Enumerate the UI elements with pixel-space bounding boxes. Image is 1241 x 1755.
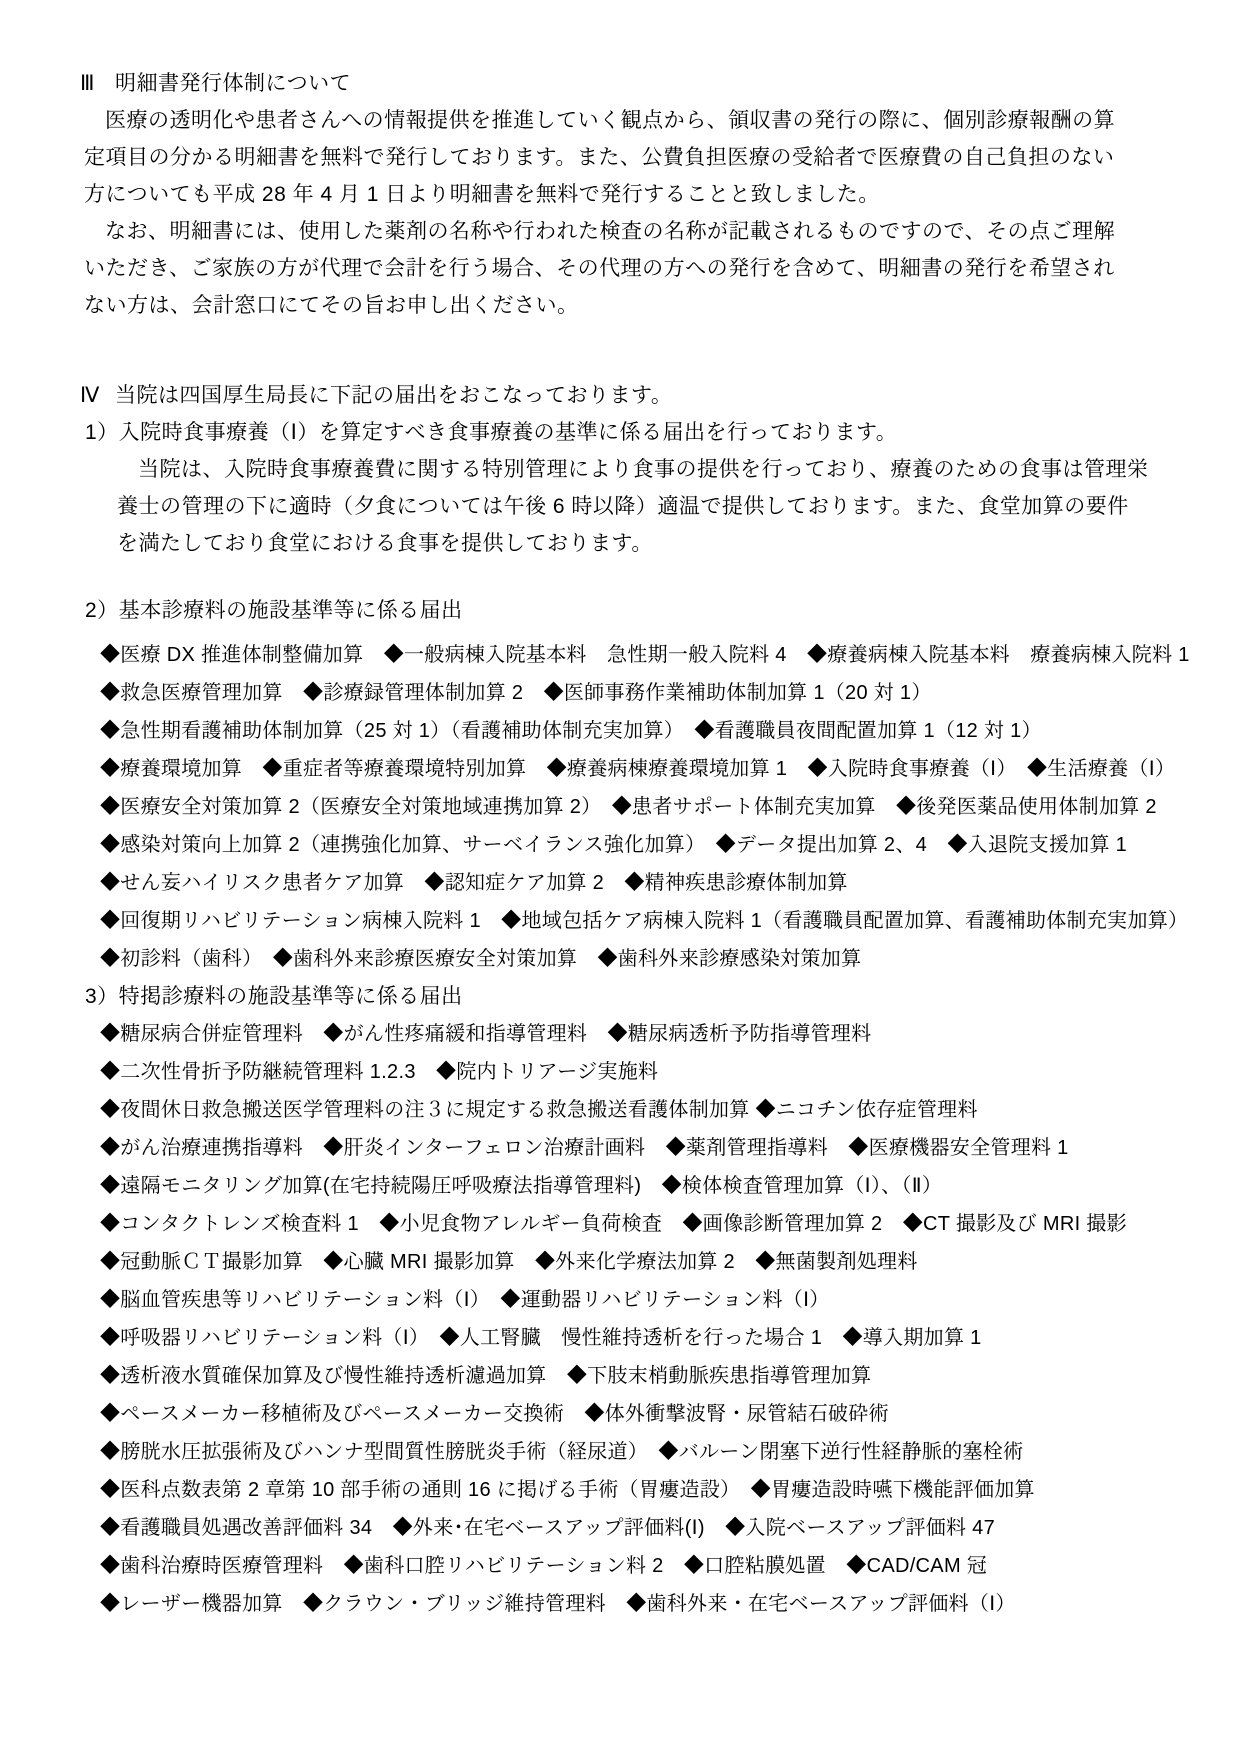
- section4-heading: Ⅳ当院は四国厚生局長に下記の届出をおこなっております。: [0, 377, 1241, 414]
- notification-item: ◆膀胱水圧拡張術及びハンナ型間質性膀胱炎手術（経尿道） ◆バルーン閉塞下逆行性経…: [0, 1433, 1241, 1471]
- section3-numeral: Ⅲ: [80, 65, 115, 102]
- notification-item: ◆遠隔モニタリング加算(在宅持続陽圧呼吸療法指導管理料) ◆検体検査管理加算（Ⅰ…: [0, 1167, 1241, 1205]
- section3-paragraph-line: 方についても平成 28 年 4 月 1 日より明細書を無料で発行することと致しま…: [0, 176, 1241, 213]
- notification-item: ◆透析液水質確保加算及び慢性維持透析濾過加算 ◆下肢末梢動脈疾患指導管理加算: [0, 1357, 1241, 1395]
- section3-paragraph-line: ない方は、会計窓口にてその旨お申し出ください。: [0, 287, 1241, 324]
- notification-item: ◆夜間休日救急搬送医学管理料の注３に規定する救急搬送看護体制加算 ◆ニコチン依存…: [0, 1091, 1241, 1129]
- notification-item: ◆コンタクトレンズ検査料 1 ◆小児食物アレルギー負荷検査 ◆画像診断管理加算 …: [0, 1205, 1241, 1243]
- section3-heading: Ⅲ明細書発行体制について: [0, 65, 1241, 102]
- notification-item: ◆呼吸器リハビリテーション料（Ⅰ） ◆人工腎臓 慢性維持透析を行った場合 1 ◆…: [0, 1319, 1241, 1357]
- subsection1-paragraph-line: 養士の管理の下に適時（夕食については午後 6 時以降）適温で提供しております。ま…: [0, 488, 1241, 525]
- notification-item: ◆救急医療管理加算 ◆診療録管理体制加算 2 ◆医師事務作業補助体制加算 1（2…: [0, 674, 1241, 712]
- notification-item: ◆回復期リハビリテーション病棟入院料 1 ◆地域包括ケア病棟入院料 1（看護職員…: [0, 902, 1241, 940]
- notification-item: ◆看護職員処遇改善評価料 34 ◆外来･在宅ベースアップ評価料(Ⅰ) ◆入院ベー…: [0, 1509, 1241, 1547]
- notification-item: ◆歯科治療時医療管理料 ◆歯科口腔リハビリテーション料 2 ◆口腔粘膜処置 ◆C…: [0, 1547, 1241, 1585]
- notification-item: ◆二次性骨折予防継続管理料 1.2.3 ◆院内トリアージ実施料: [0, 1053, 1241, 1091]
- subsection1-heading: 1）入院時食事療養（Ⅰ）を算定すべき食事療養の基準に係る届出を行っております。: [0, 414, 1241, 451]
- notification-item: ◆冠動脈ＣＴ撮影加算 ◆心臓 MRI 撮影加算 ◆外来化学療法加算 2 ◆無菌製…: [0, 1243, 1241, 1281]
- subsection3-list: ◆糖尿病合併症管理料 ◆がん性疼痛緩和指導管理料 ◆糖尿病透析予防指導管理料 ◆…: [0, 1015, 1241, 1623]
- notification-item: ◆医療安全対策加算 2（医療安全対策地域連携加算 2） ◆患者サポート体制充実加…: [0, 788, 1241, 826]
- notification-item: ◆糖尿病合併症管理料 ◆がん性疼痛緩和指導管理料 ◆糖尿病透析予防指導管理料: [0, 1015, 1241, 1053]
- notification-item: ◆脳血管疾患等リハビリテーション料（Ⅰ） ◆運動器リハビリテーション料（Ⅰ）: [0, 1281, 1241, 1319]
- section3-paragraph-line: 定項目の分かる明細書を無料で発行しております。また、公費負担医療の受給者で医療費…: [0, 139, 1241, 176]
- subsection1-paragraph-line: を満たしており食堂における食事を提供しております。: [0, 525, 1241, 562]
- notification-item: ◆レーザー機器加算 ◆クラウン・ブリッジ維持管理料 ◆歯科外来・在宅ベースアップ…: [0, 1585, 1241, 1623]
- notification-item: ◆医療 DX 推進体制整備加算 ◆一般病棟入院基本料 急性期一般入院料 4 ◆療…: [0, 636, 1241, 674]
- section4-title: 当院は四国厚生局長に下記の届出をおこなっております。: [115, 384, 672, 407]
- notification-item: ◆感染対策向上加算 2（連携強化加算、サーベイランス強化加算） ◆データ提出加算…: [0, 826, 1241, 864]
- section3-title: 明細書発行体制について: [115, 72, 351, 95]
- subsection2-heading: 2）基本診療料の施設基準等に係る届出: [0, 592, 1241, 629]
- notification-item: ◆せん妄ハイリスク患者ケア加算 ◆認知症ケア加算 2 ◆精神疾患診療体制加算: [0, 864, 1241, 902]
- notification-item: ◆急性期看護補助体制加算（25 対 1）（看護補助体制充実加算） ◆看護職員夜間…: [0, 712, 1241, 750]
- notification-item: ◆療養環境加算 ◆重症者等療養環境特別加算 ◆療養病棟療養環境加算 1 ◆入院時…: [0, 750, 1241, 788]
- subsection3-heading: 3）特掲診療料の施設基準等に係る届出: [0, 978, 1241, 1015]
- section3-paragraph-line: 医療の透明化や患者さんへの情報提供を推進していく観点から、領収書の発行の際に、個…: [0, 102, 1241, 139]
- notification-item: ◆初診料（歯科） ◆歯科外来診療医療安全対策加算 ◆歯科外来診療感染対策加算: [0, 940, 1241, 978]
- section4-numeral: Ⅳ: [80, 377, 115, 414]
- notification-item: ◆医科点数表第 2 章第 10 部手術の通則 16 に掲げる手術（胃瘻造設） ◆…: [0, 1471, 1241, 1509]
- section3-paragraph-line: いただき、ご家族の方が代理で会計を行う場合、その代理の方への発行を含めて、明細書…: [0, 250, 1241, 287]
- subsection1-paragraph-line: 当院は、入院時食事療養費に関する特別管理により食事の提供を行っており、療養のため…: [0, 451, 1241, 488]
- section3-paragraph-line: なお、明細書には、使用した薬剤の名称や行われた検査の名称が記載されるものですので…: [0, 213, 1241, 250]
- document-page: Ⅲ明細書発行体制について 医療の透明化や患者さんへの情報提供を推進していく観点か…: [0, 0, 1241, 1755]
- notification-item: ◆がん治療連携指導料 ◆肝炎インターフェロン治療計画料 ◆薬剤管理指導料 ◆医療…: [0, 1129, 1241, 1167]
- notification-item: ◆ペースメーカー移植術及びペースメーカー交換術 ◆体外衝撃波腎・尿管結石破砕術: [0, 1395, 1241, 1433]
- subsection2-list: ◆医療 DX 推進体制整備加算 ◆一般病棟入院基本料 急性期一般入院料 4 ◆療…: [0, 636, 1241, 978]
